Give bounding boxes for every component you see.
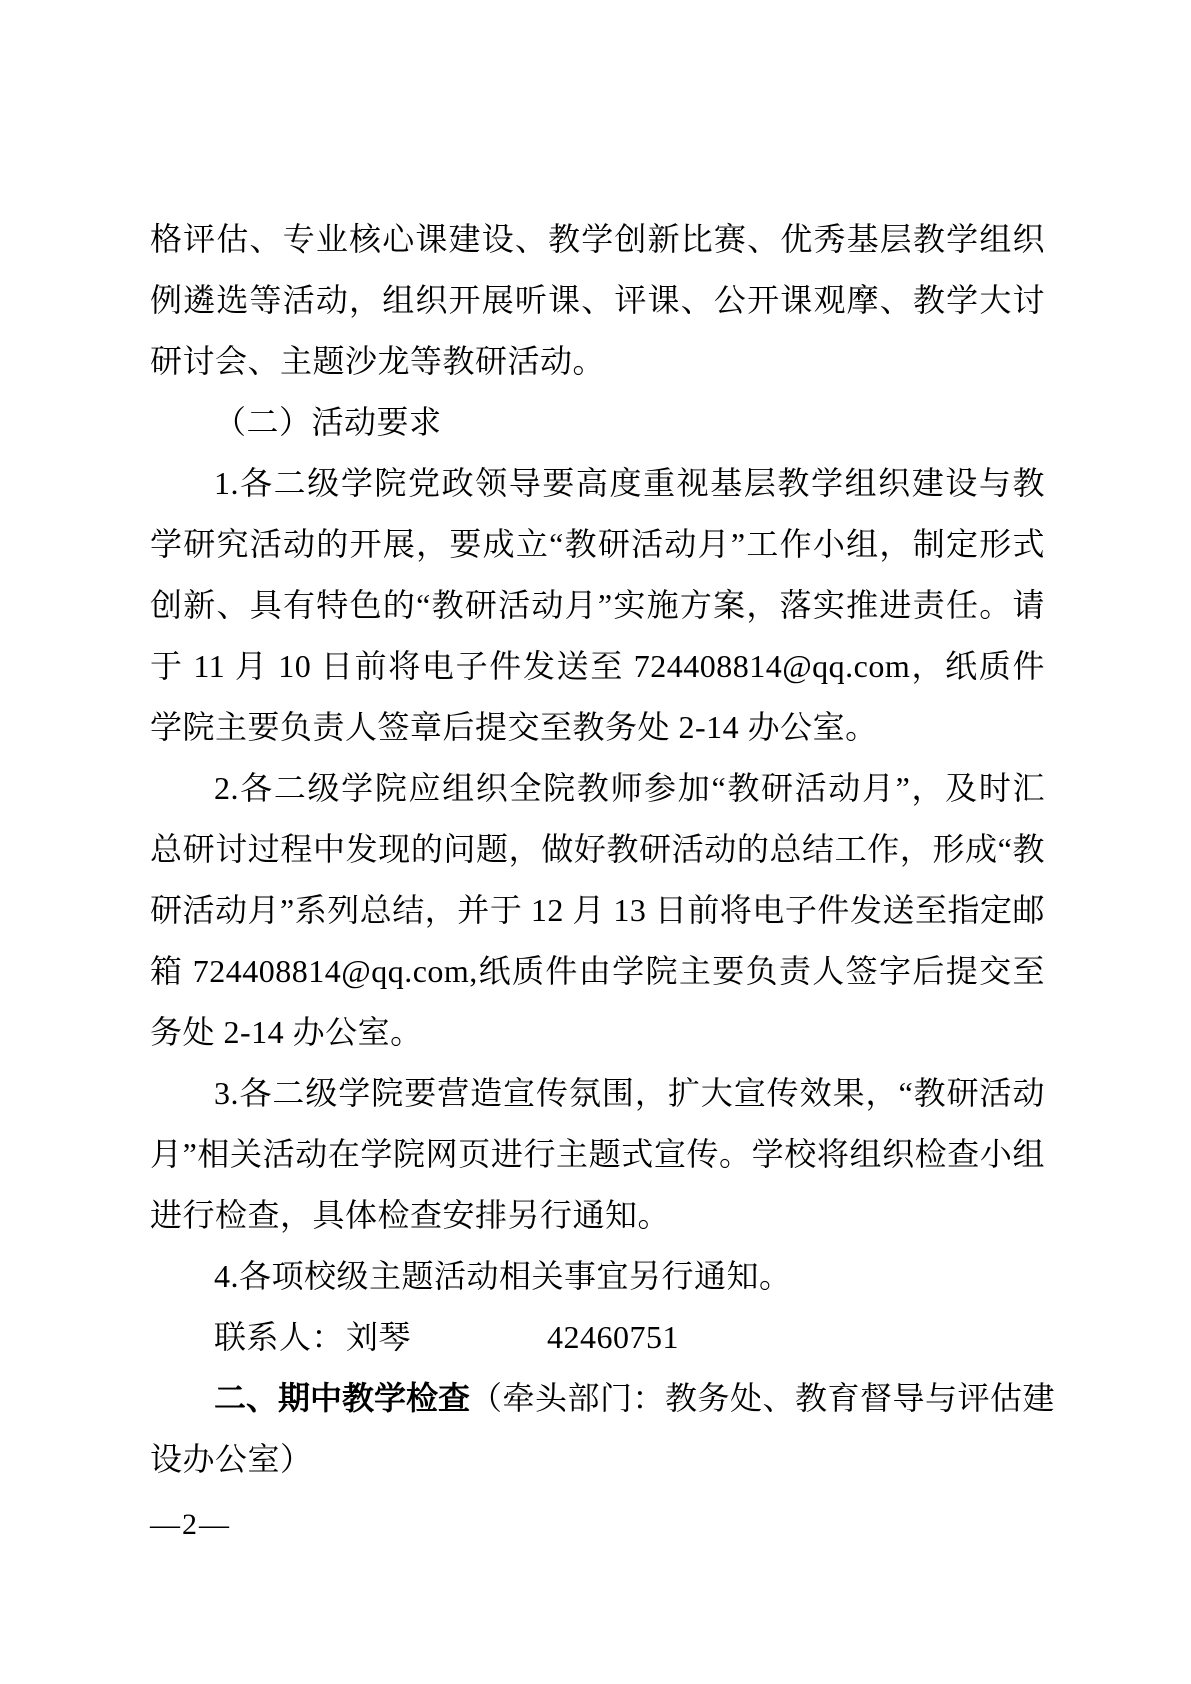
page-number: —2— — [150, 1505, 231, 1545]
intro-line-1: 格评估、专业核心课建设、教学创新比赛、优秀基层教学组织案 — [150, 209, 1045, 270]
item3-line-3: 进行检查，具体检查安排另行通知。 — [150, 1185, 1045, 1246]
item1-line-2: 学研究活动的开展，要成立“教研活动月”工作小组，制定形式 — [150, 514, 1045, 575]
item3-line-1: 3.各二级学院要营造宣传氛围，扩大宣传效果，“教研活动 — [150, 1063, 1045, 1124]
section-2-lead-dept: （牵头部门：教务处、教育督导与评估建 — [470, 1380, 1055, 1416]
section-2-lead-dept-continuation: 设办公室） — [150, 1429, 1045, 1490]
item1-line-5: 学院主要负责人签章后提交至教务处 2-14 办公室。 — [150, 697, 1045, 758]
contact-phone: 42460751 — [547, 1319, 679, 1355]
document-page: 格评估、专业核心课建设、教学创新比赛、优秀基层教学组织案 例遴选等活动，组织开展… — [0, 0, 1191, 1684]
item2-line-4: 箱 724408814@qq.com,纸质件由学院主要负责人签字后提交至教 — [150, 941, 1045, 1002]
item1-line-4: 于 11 月 10 日前将电子件发送至 724408814@qq.com，纸质件… — [150, 636, 1045, 697]
item1-line-3: 创新、具有特色的“教研活动月”实施方案，落实推进责任。请 — [150, 575, 1045, 636]
contact-label: 联系人： — [214, 1319, 344, 1355]
section-heading-2: （二）活动要求 — [150, 392, 1045, 453]
intro-line-3: 研讨会、主题沙龙等教研活动。 — [150, 331, 1045, 392]
section-2-heading-line: 二、期中教学检查（牵头部门：教务处、教育督导与评估建 — [150, 1368, 1045, 1429]
item2-line-1: 2.各二级学院应组织全院教师参加“教研活动月”，及时汇 — [150, 758, 1045, 819]
item1-line-1: 1.各二级学院党政领导要高度重视基层教学组织建设与教 — [150, 453, 1045, 514]
section-2-title: 二、期中教学检查 — [214, 1380, 470, 1416]
item2-line-5: 务处 2-14 办公室。 — [150, 1002, 1045, 1063]
item2-line-3: 研活动月”系列总结，并于 12 月 13 日前将电子件发送至指定邮 — [150, 880, 1045, 941]
item3-line-2: 月”相关活动在学院网页进行主题式宣传。学校将组织检查小组 — [150, 1124, 1045, 1185]
item2-line-2: 总研讨过程中发现的问题，做好教研活动的总结工作，形成“教 — [150, 819, 1045, 880]
item4-line: 4.各项校级主题活动相关事宜另行通知。 — [150, 1246, 1045, 1307]
contact-name: 刘琴 — [346, 1319, 411, 1355]
contact-line: 联系人：刘琴42460751 — [150, 1307, 1045, 1368]
document-body: 格评估、专业核心课建设、教学创新比赛、优秀基层教学组织案 例遴选等活动，组织开展… — [150, 209, 1045, 1490]
intro-line-2: 例遴选等活动，组织开展听课、评课、公开课观摩、教学大讨论、 — [150, 270, 1045, 331]
